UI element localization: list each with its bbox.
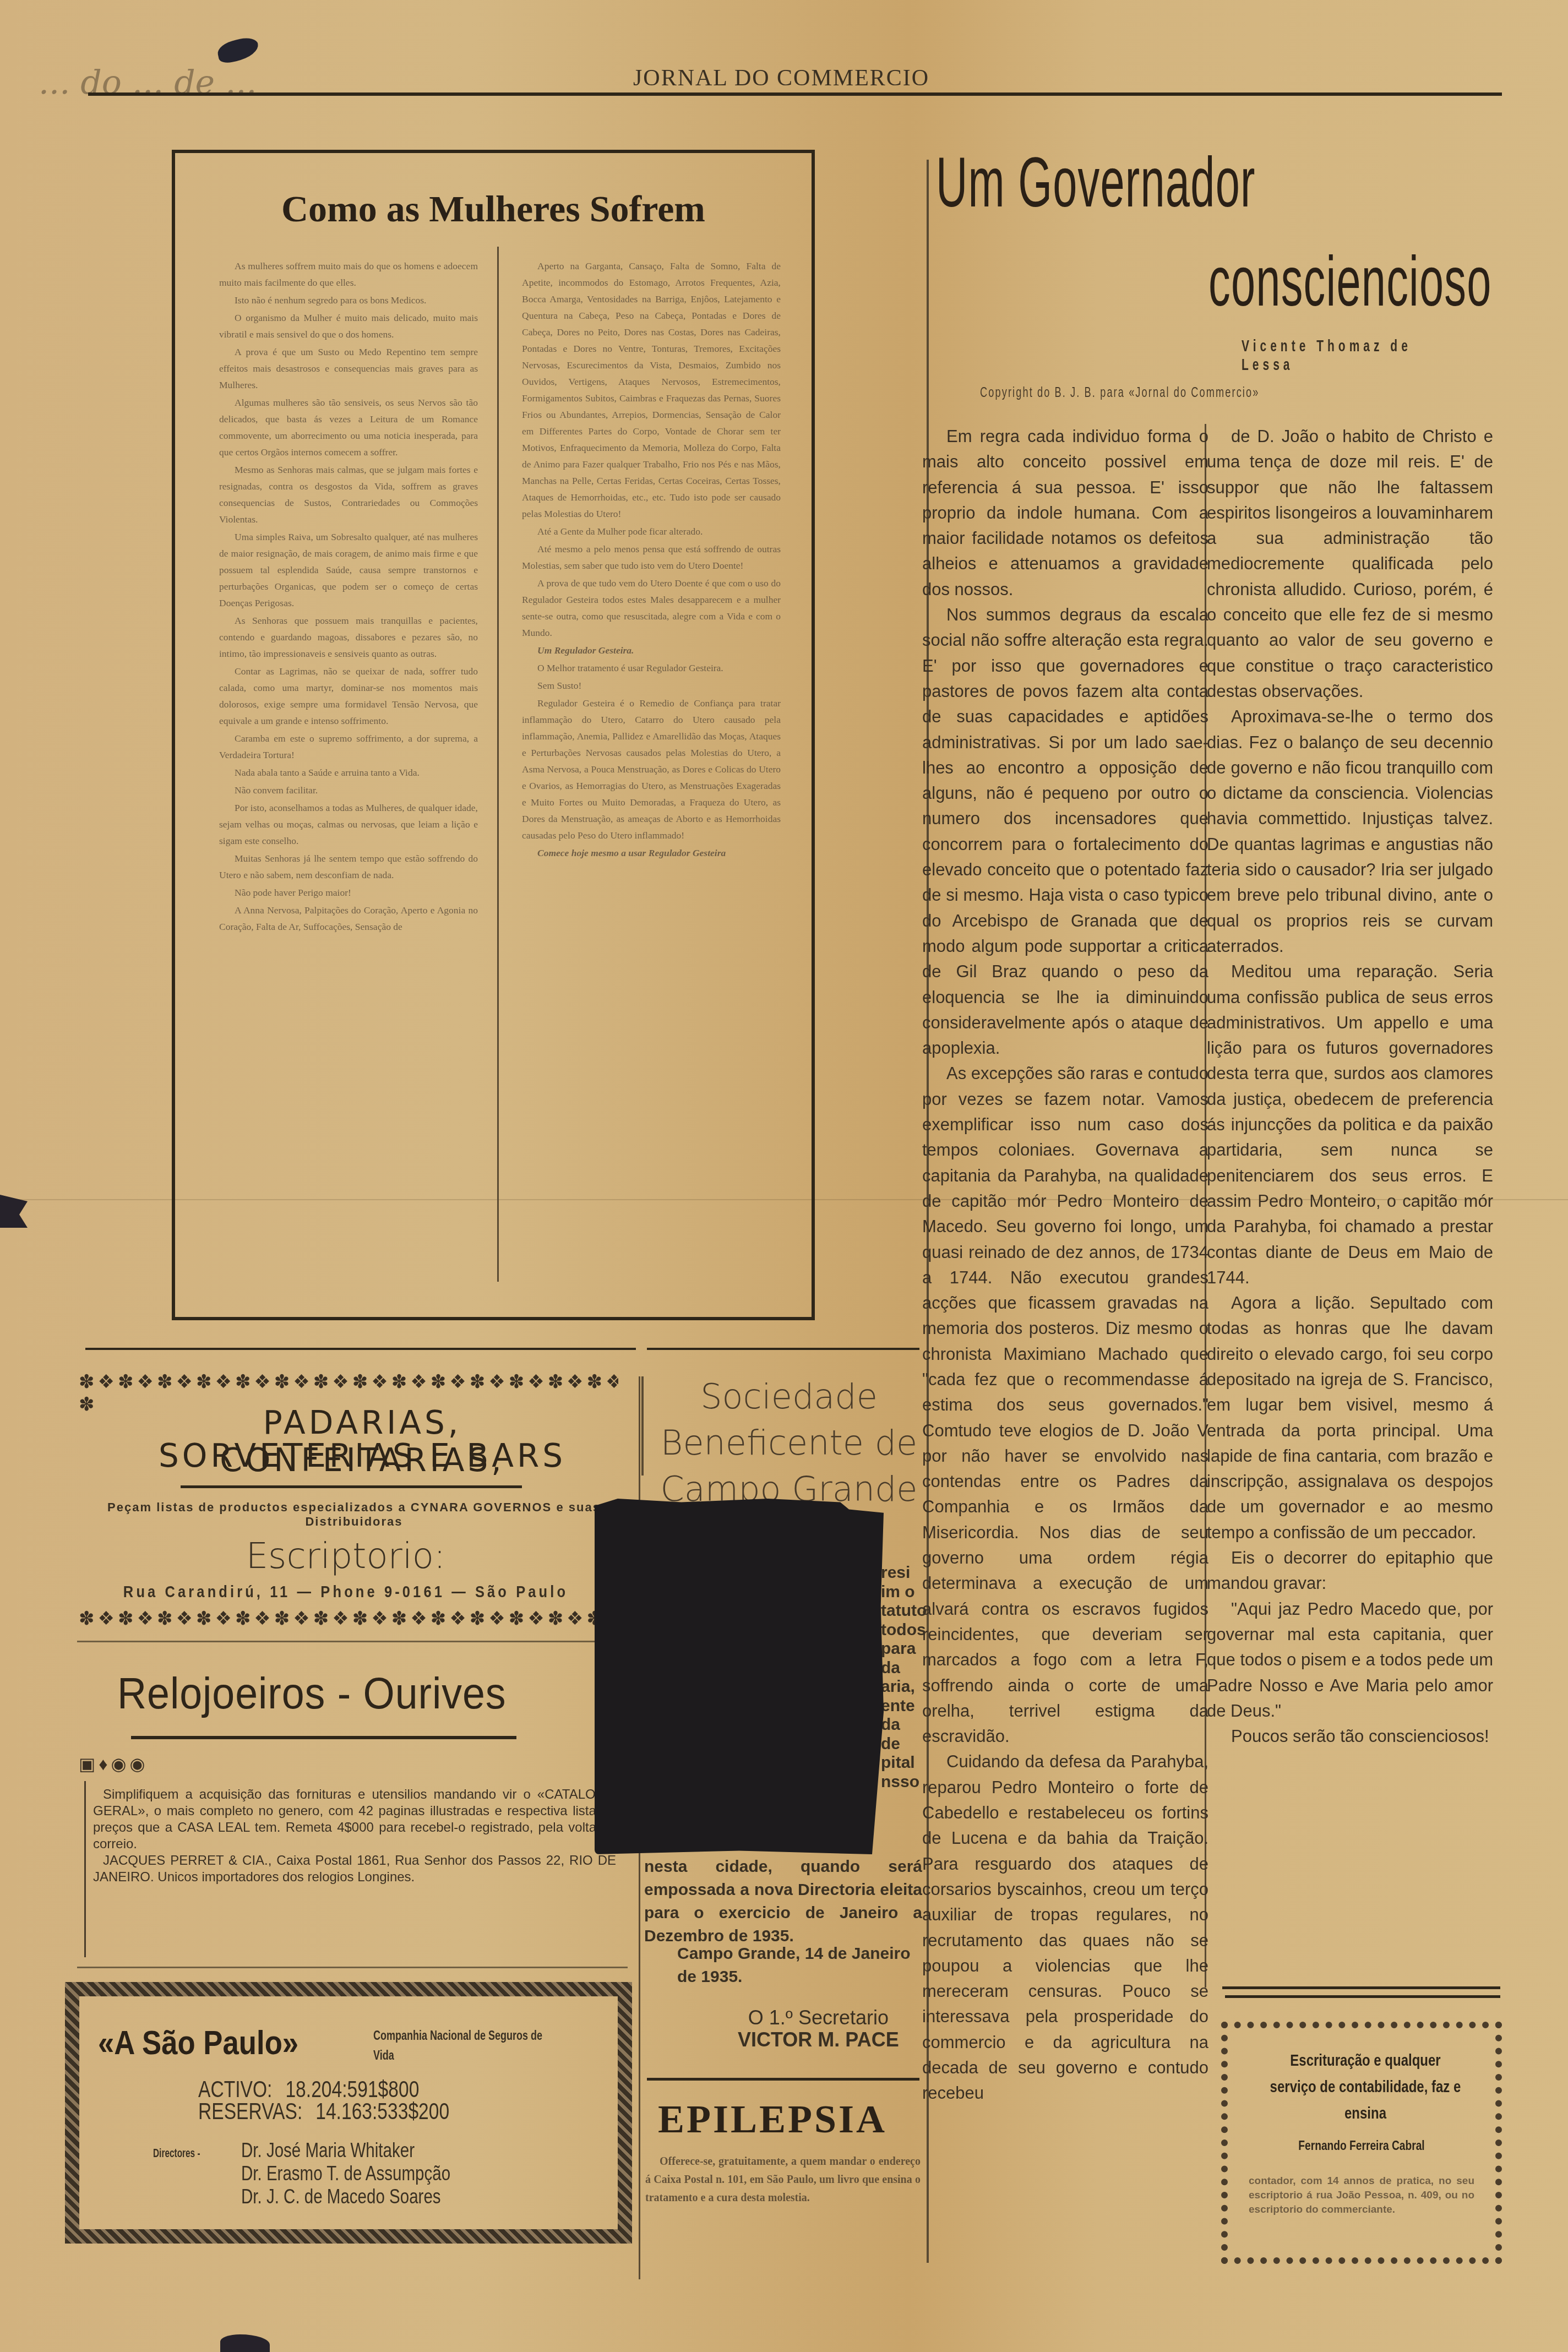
section-rule (77, 1641, 628, 1642)
text-fragment: aria, (881, 1678, 936, 1697)
ad-epilepsia-title: EPILEPSIA (658, 2097, 887, 2142)
sociedade-body: nesta cidade, quando será empossada a no… (644, 1855, 922, 1948)
paragraph: As excepções são raras e contudo por vez… (922, 1061, 1208, 1749)
paragraph: Algumas mulheres são tão sensiveis, os s… (219, 394, 478, 460)
paragraph: Cuidando da defesa da Parahyba, reparou … (922, 1749, 1208, 2106)
ad-escrituracao-title: Escrituração e qualquer serviço de conta… (1268, 2048, 1462, 2127)
ad-mulheres-col2: Aperto na Garganta, Cansaço, Falta de So… (522, 258, 781, 862)
ad-padarias-address: Rua Carandirú, 11 — Phone 9-0161 — São P… (114, 1583, 578, 1602)
paragraph: Sem Susto! (522, 677, 781, 694)
sociedade-visible-fragments: resi im o tatuto todos para da aria, ent… (881, 1564, 936, 1792)
director: Dr. J. C. de Macedo Soares (241, 2185, 450, 2208)
column-divider (497, 247, 499, 1282)
paragraph: Agora a lição. Sepultado com todas as ho… (1207, 1291, 1493, 1545)
redaction-block (595, 1499, 884, 1854)
text-fragment: nsso (881, 1773, 936, 1792)
article-column-2: de D. João o habito de Christo e uma ten… (1207, 424, 1493, 1982)
paragraph: Muitas Senhoras já lhe sentem tempo que … (219, 850, 478, 883)
ink-stain (220, 2334, 270, 2352)
ad-padarias: ✽❖✽❖✽❖✽❖✽❖✽❖✽❖✽❖✽❖✽❖✽❖✽❖✽❖✽❖ ✽❖✽❖✽❖✽❖✽❖✽… (73, 1371, 618, 1630)
ornament-rule (84, 1781, 86, 1957)
ad-mulheres-box: Como as Mulheres Sofrem As mulheres soff… (172, 150, 815, 1320)
paragraph: O organismo da Mulher é muito mais delic… (219, 309, 478, 342)
paragraph: Caramba em este o supremo soffrimento, a… (219, 730, 478, 763)
director: Dr. José Maria Whitaker (241, 2139, 450, 2162)
ornament-rule (641, 1376, 644, 1476)
ad-padarias-office-label: Escriptorio: (73, 1536, 618, 1577)
section-rule (647, 1348, 919, 1350)
paragraph: A Anna Nervosa, Palpitações do Coração, … (219, 902, 478, 935)
paragraph: Uma simples Raiva, um Sobresalto qualque… (219, 529, 478, 611)
section-rule (85, 1348, 636, 1350)
paragraph: As mulheres soffrem muito mais do que os… (219, 258, 478, 291)
signature-role: O 1.º Secretario (738, 2007, 899, 2029)
sociedade-place-date: Campo Grande, 14 de Janeiro de 1935. (677, 1942, 919, 1989)
handwritten-annotation: ... do ... de ... (39, 63, 257, 102)
directors-list: Dr. José Maria Whitaker Dr. Erasmo T. de… (241, 2139, 450, 2208)
ad-escrituracao-name: Fernando Ferreira Cabral (1255, 2138, 1469, 2154)
paragraph: JACQUES PERRET & CIA., Caixa Postal 1861… (93, 1853, 616, 1886)
ad-sao-paulo-title: «A São Paulo» (98, 2023, 298, 2062)
ad-mulheres-col1: As mulheres soffrem muito mais do que os… (219, 258, 478, 936)
title-underline (131, 1736, 516, 1739)
ad-escrituracao-body: contador, com 14 annos de pratica, no se… (1249, 2174, 1474, 2217)
section-rule (77, 1967, 628, 1968)
paragraph: Em regra cada individuo forma o mais alt… (922, 424, 1208, 602)
sociedade-signature: O 1.º Secretario VICTOR M. PACE (738, 2007, 899, 2051)
ornament-border-bottom: ✽❖✽❖✽❖✽❖✽❖✽❖✽❖✽❖✽❖✽❖✽❖✽❖✽❖✽❖ (79, 1608, 618, 1630)
paragraph: Meditou uma reparação. Seria uma confiss… (1207, 959, 1493, 1291)
paragraph: Aproximava-se-lhe o termo dos dias. Fez … (1207, 704, 1493, 959)
double-rule-top (1222, 1986, 1500, 1989)
text-fragment: da (881, 1659, 936, 1678)
text-fragment: da (881, 1716, 936, 1735)
ad-escrituracao: Escrituração e qualquer serviço de conta… (1221, 2022, 1502, 2264)
paragraph: Mesmo as Senhoras mais calmas, que se ju… (219, 461, 478, 527)
brand-line: Um Regulador Gesteira. (522, 642, 781, 658)
text-fragment: de (881, 1735, 936, 1754)
paragraph: Offerece-se, gratuitamente, a quem manda… (645, 2153, 921, 2207)
article-copyright: Copyright do B. J. B. para «Jornal do Co… (980, 384, 1259, 401)
ad-sao-paulo: «A São Paulo» Companhia Nacional de Segu… (65, 1982, 632, 2244)
masthead-rule (88, 92, 1502, 96)
ad-sao-paulo-company: Companhia Nacional de Seguros de Vida (373, 2026, 555, 2066)
paragraph: Até mesmo a pelo menos pensa que está so… (522, 541, 781, 574)
article-title-line1: Um Governador (936, 142, 1256, 223)
double-rule-bottom (1225, 1995, 1500, 1998)
paragraph: Simplifiquem a acquisição das fornituras… (93, 1787, 616, 1853)
paragraph: A prova é que um Susto ou Medo Repentino… (219, 344, 478, 393)
ad-sao-paulo-financials: ACTIVO:18.204:591$800 RESERVAS:14.163:53… (198, 2078, 449, 2122)
reservas-label: RESERVAS: (198, 2098, 302, 2124)
directors-label: Directores - (153, 2146, 200, 2160)
ad-epilepsia-body: Offerece-se, gratuitamente, a quem manda… (645, 2153, 921, 2207)
title-underline (181, 1485, 522, 1488)
ornament-border-top: ✽❖✽❖✽❖✽❖✽❖✽❖✽❖✽❖✽❖✽❖✽❖✽❖✽❖✽❖ (79, 1371, 618, 1393)
paragraph: O Melhor tratamento é usar Regulador Ges… (522, 660, 781, 676)
epitaph-quote: "Aqui jaz Pedro Macedo que, por governar… (1207, 1597, 1493, 1724)
masthead-title: JORNAL DO COMMERCIO (633, 65, 929, 91)
signature-name: VICTOR M. PACE (738, 2029, 899, 2051)
paragraph: As Senhoras que possuem mais tranquillas… (219, 612, 478, 662)
paragraph: Nada abala tanto a Saúde e arruina tanto… (219, 764, 478, 781)
paragraph: Por isto, aconselhamos a todas as Mulher… (219, 799, 478, 849)
text-fragment: ente (881, 1697, 936, 1716)
text-fragment: para (881, 1640, 936, 1659)
brand-line: Comece hoje mesmo a usar Regulador Geste… (522, 845, 781, 861)
ad-padarias-title-2: SORVETERIAS E BARS (117, 1437, 607, 1474)
paragraph: Nos summos degraus da escala social não … (922, 602, 1208, 1061)
paragraph: Regulador Gesteira é o Remedio de Confia… (522, 695, 781, 843)
activo-value: 18.204:591$800 (285, 2078, 419, 2100)
director: Dr. Erasmo T. de Assumpção (241, 2162, 450, 2185)
paragraph: Contar as Lagrimas, não se queixar de na… (219, 663, 478, 729)
ad-relojoeiros-title: Relojoeiros - Ourives (117, 1668, 506, 1719)
ad-padarias-subtitle: Peçam listas de productos especializados… (106, 1500, 602, 1529)
paragraph: A prova de que tudo vem do Utero Doente … (522, 575, 781, 641)
paragraph: Até a Gente da Mulher pode ficar alterad… (522, 523, 781, 540)
ornament-icons: ▣♦◉◉ (79, 1754, 148, 1774)
paragraph: Não convem facilitar. (219, 782, 478, 798)
paragraph: de D. João o habito de Christo e uma ten… (1207, 424, 1493, 704)
text-fragment: todos (881, 1621, 936, 1640)
text-fragment: im o (881, 1583, 936, 1602)
article-byline: Vicente Thomaz de Lessa (1242, 337, 1470, 374)
article-title-line2: consciencioso (1208, 241, 1492, 322)
ad-relojoeiros: Relojoeiros - Ourives ▣♦◉◉ Simplifiquem … (73, 1657, 629, 1957)
article-column-1: Em regra cada individuo forma o mais alt… (922, 424, 1208, 2257)
text-fragment: pital (881, 1754, 936, 1773)
paragraph: Eis o decorrer do epitaphio que mandou g… (1207, 1545, 1493, 1597)
reservas-value: 14.163:533$200 (315, 2100, 449, 2122)
text-fragment: resi (881, 1564, 936, 1583)
closing-line: Poucos serão tão conscienciosos! (1207, 1724, 1493, 1749)
paragraph: Aperto na Garganta, Cansaço, Falta de So… (522, 258, 781, 522)
ad-mulheres-title: Como as Mulheres Sofrem (175, 187, 812, 231)
paragraph: Não pode haver Perigo maior! (219, 884, 478, 901)
text-fragment: tatuto (881, 1602, 936, 1621)
section-rule (647, 2078, 919, 2081)
ink-blot (216, 36, 260, 65)
sociedade-title: Sociedade Beneficente de Campo Grande (649, 1374, 929, 1512)
ad-relojoeiros-body: Simplifiquem a acquisição das fornituras… (93, 1787, 616, 1886)
paragraph: Isto não é nenhum segredo para os bons M… (219, 292, 478, 308)
